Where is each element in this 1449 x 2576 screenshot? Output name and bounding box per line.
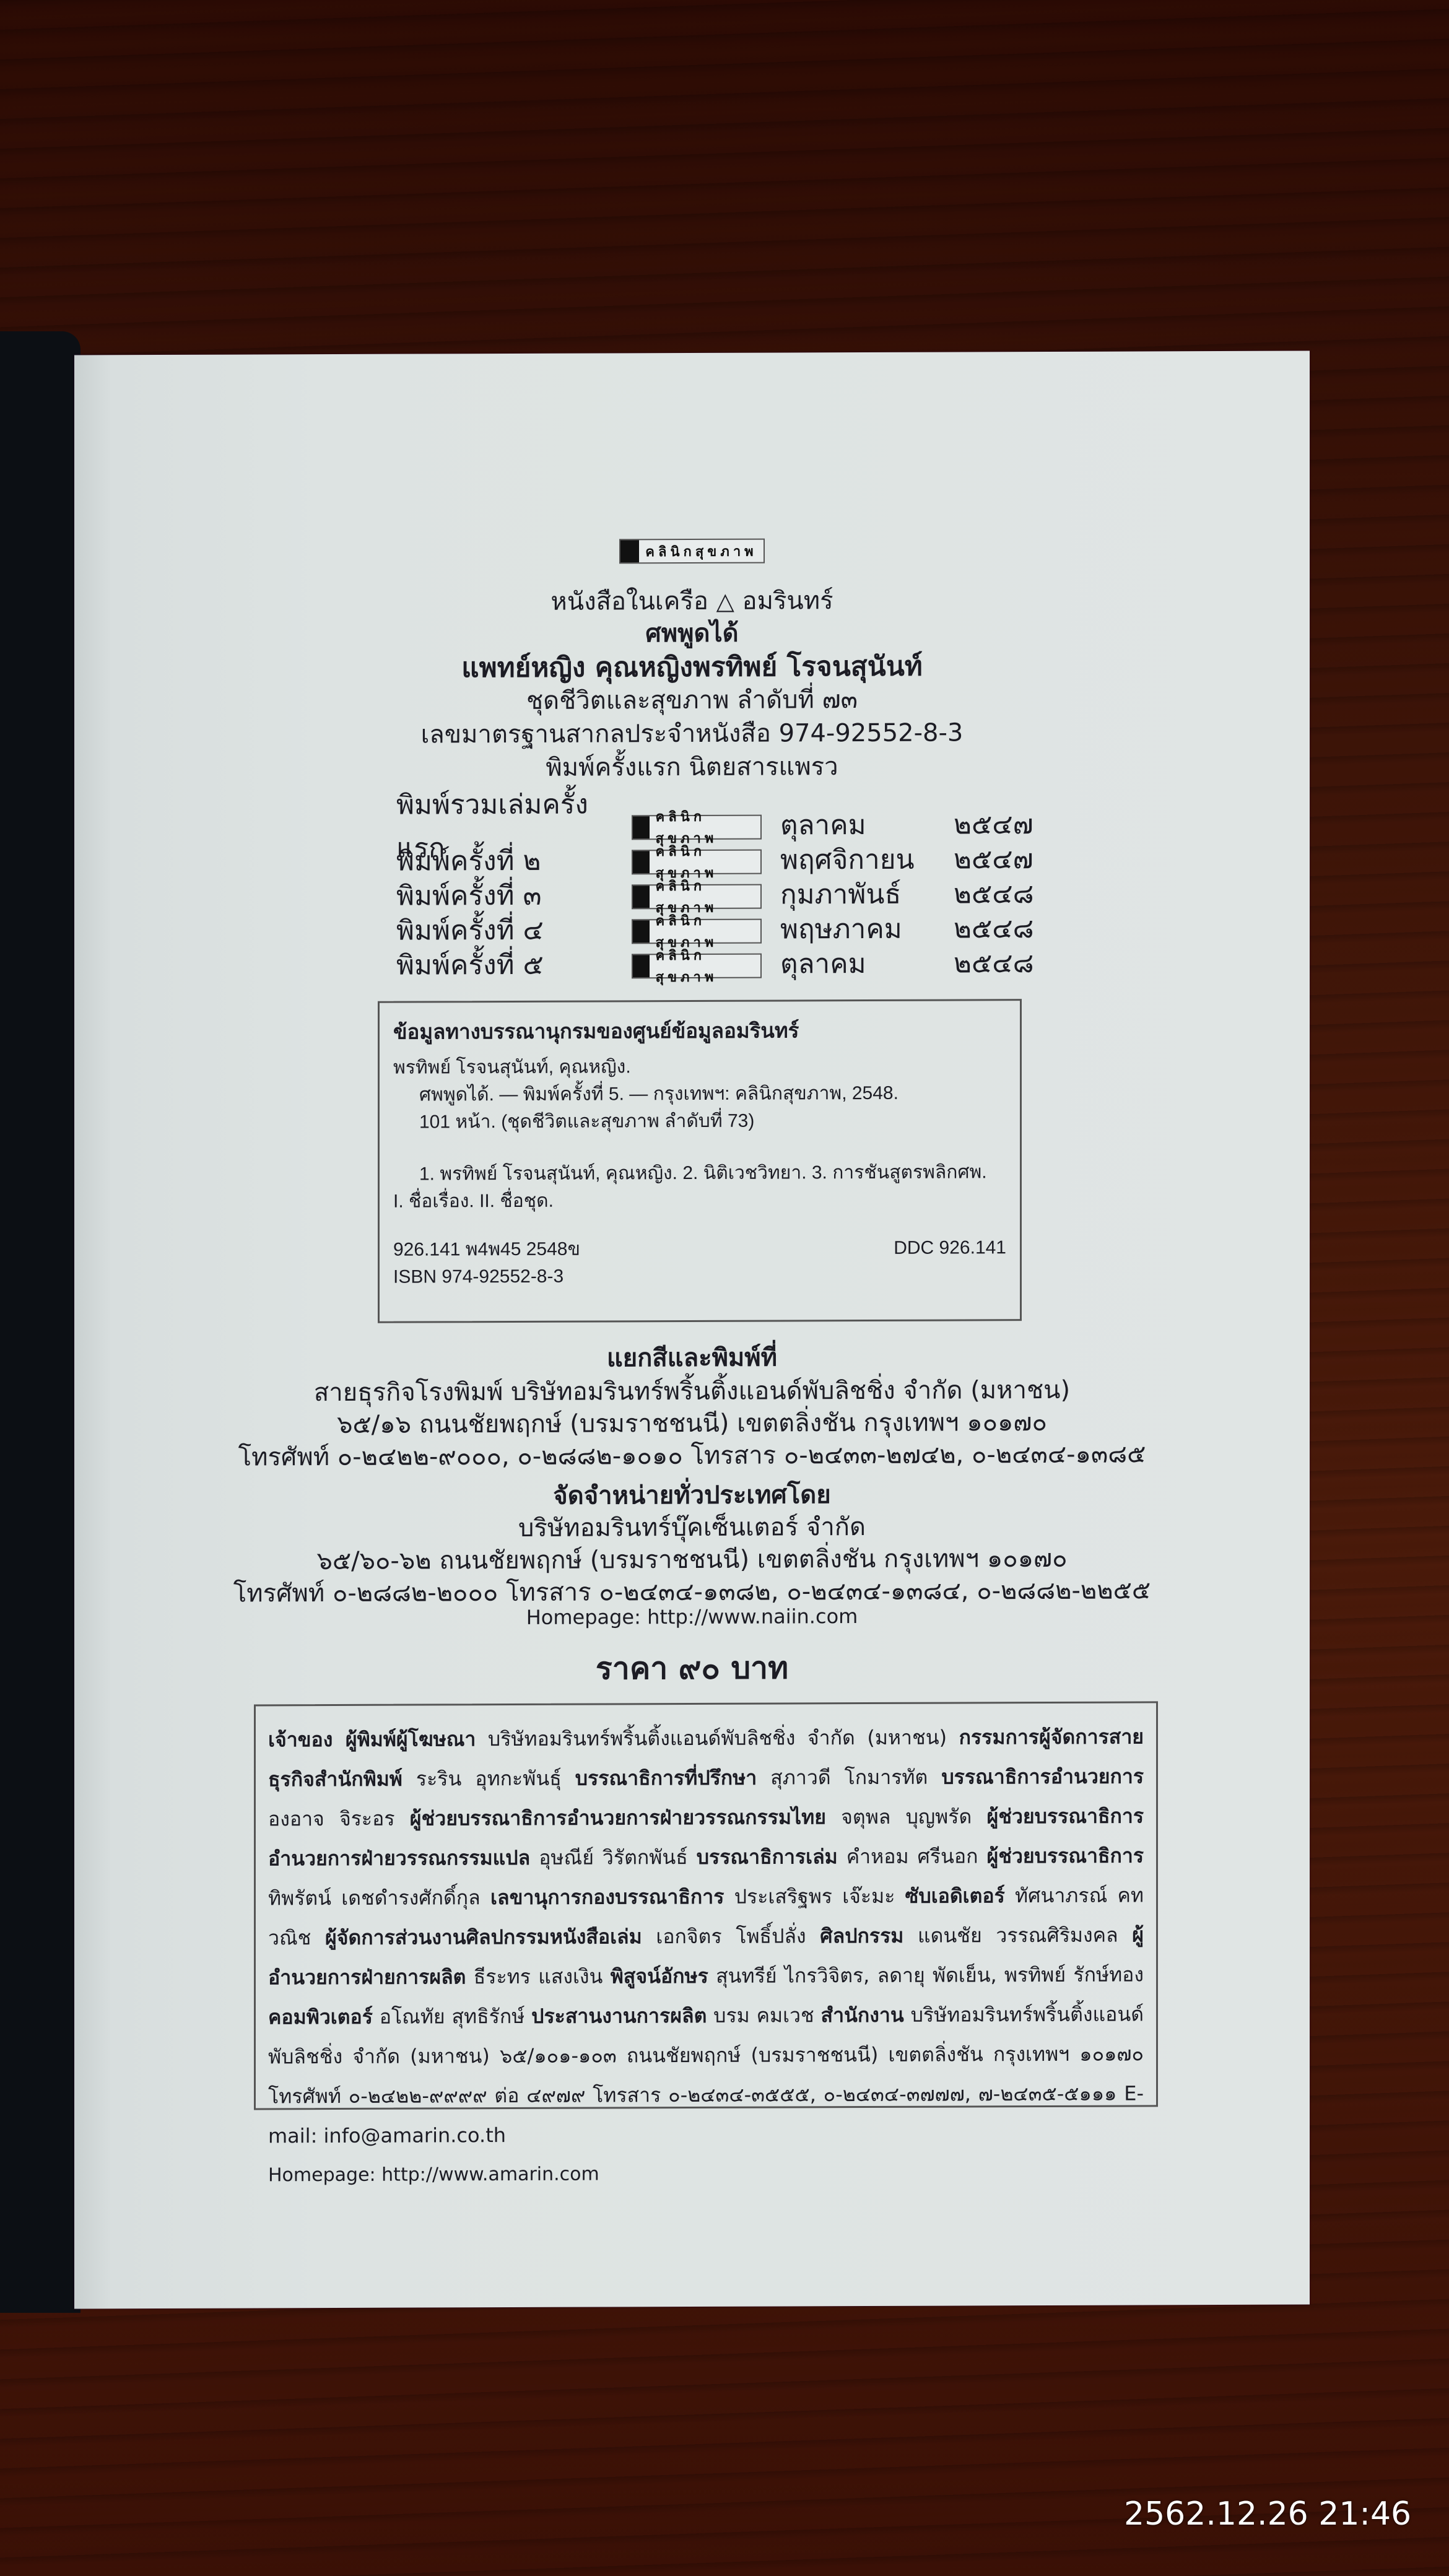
credit-name: เอกจิตร โพธิ์ปลั่ง (656, 1924, 806, 1948)
credit-name: จตุพล บุญพรัด (841, 1804, 972, 1829)
credit-name: สุภาวดี โกมารทัต (770, 1765, 928, 1790)
copyright-page: คลินิกสุขภาพ หนังสือในเครือ △ อมรินทร์ ศ… (74, 351, 1310, 2309)
credit-role: บรรณาธิการเล่ม (697, 1845, 838, 1869)
credit-role: ผู้ช่วยบรรณาธิการ (986, 1843, 1144, 1868)
distributor-homepage: Homepage: http://www.naiin.com (74, 1603, 1310, 1631)
credit-role: ผู้ช่วยบรรณาธิการอำนวยการฝ่ายวรรณกรรมไทย (410, 1805, 826, 1830)
credit-role: บรรณาธิการที่ปรึกษา (575, 1766, 757, 1790)
credit-role: เลขานุการกองบรรณาธิการ (490, 1885, 724, 1909)
credit-role: ศิลปกรรม (820, 1924, 903, 1947)
imprint-logo: คลินิกสุขภาพ (74, 537, 1310, 566)
credit-name: บรม คมเวช (713, 2003, 814, 2027)
photo-timestamp: 2562.12.26 21:46 (1124, 2495, 1411, 2533)
credit-role: เจ้าของ ผู้พิมพ์ผู้โฆษณา (268, 1727, 476, 1751)
credit-role: คอมพิวเตอร์ (268, 2005, 373, 2029)
credit-role: ประสานงานการผลิต (531, 2004, 707, 2028)
credits-box: เจ้าของ ผู้พิมพ์ผู้โฆษณา บริษัทอมรินทร์พ… (254, 1701, 1158, 2110)
price: ราคา ๙๐ บาท (74, 1642, 1310, 1695)
imprint-logo: คลินิกสุขภาพ (632, 844, 762, 876)
credit-role: ซับเอดิเตอร์ (905, 1884, 1005, 1908)
credit-role: บรรณาธิการอำนวยการ (941, 1764, 1144, 1788)
credit-name: องอาจ จิระอร (268, 1807, 395, 1831)
credits-homepage: Homepage: http://www.amarin.com (268, 2152, 1144, 2195)
imprint-logo: คลินิกสุขภาพ (632, 913, 762, 946)
imprint-logo: คลินิกสุขภาพ (632, 879, 762, 911)
credit-name: ทิพรัตน์ เดชดำรงศักดิ์กุล (268, 1886, 481, 1910)
cataloging-box: ข้อมูลทางบรรณานุกรมของศูนย์ข้อมูลอมรินทร… (378, 999, 1022, 1323)
book-cover-edge (0, 331, 80, 2313)
printing-history: พิมพ์รวมเล่มครั้งแรกคลินิกสุขภาพตุลาคม๒๕… (396, 807, 1077, 983)
catalog-heading: ข้อมูลทางบรรณานุกรมของศูนย์ข้อมูลอมรินทร… (393, 1013, 1006, 1048)
credit-name: บริษัทอมรินทร์พริ้นติ้งแอนด์พับลิชชิ่ง จ… (488, 1726, 947, 1751)
credit-name: อุษณีย์ วิรัตกพันธ์ (539, 1845, 688, 1869)
credit-role: พิสูจน์อักษร (611, 1964, 708, 1988)
credit-name: สุนทรีย์ ไกรวิจิตร, ลดายุ พัดเย็น, พรทิพ… (716, 1962, 1144, 1987)
credit-name: ประเสริฐพร เจ๊ะมะ (734, 1884, 895, 1908)
credit-role: ผู้จัดการส่วนงานศิลปกรรมหนังสือเล่ม (325, 1925, 642, 1949)
credit-role: สำนักงาน (821, 2003, 904, 2027)
imprint-logo: คลินิกสุขภาพ (632, 809, 762, 842)
credit-name: ระริน อุทกะพันธุ์ (416, 1767, 562, 1791)
imprint-logo: คลินิกสุขภาพ (632, 948, 762, 980)
amarin-triangle-icon: △ (716, 588, 734, 615)
credit-name: แดนชัย วรรณศิริมงคล (918, 1923, 1118, 1947)
printing-row: พิมพ์ครั้งที่ ๕คลินิกสุขภาพตุลาคม๒๕๔๘ (396, 946, 1077, 983)
credit-name: คำหอม ศรีนอก (846, 1844, 978, 1868)
credit-name: อโณทัย สุทธิรักษ์ (380, 2004, 525, 2029)
credit-name: ธีระทร แสงเงิน (474, 1965, 603, 1989)
first-print: พิมพ์ครั้งแรก นิตยสารแพรว (74, 745, 1310, 789)
